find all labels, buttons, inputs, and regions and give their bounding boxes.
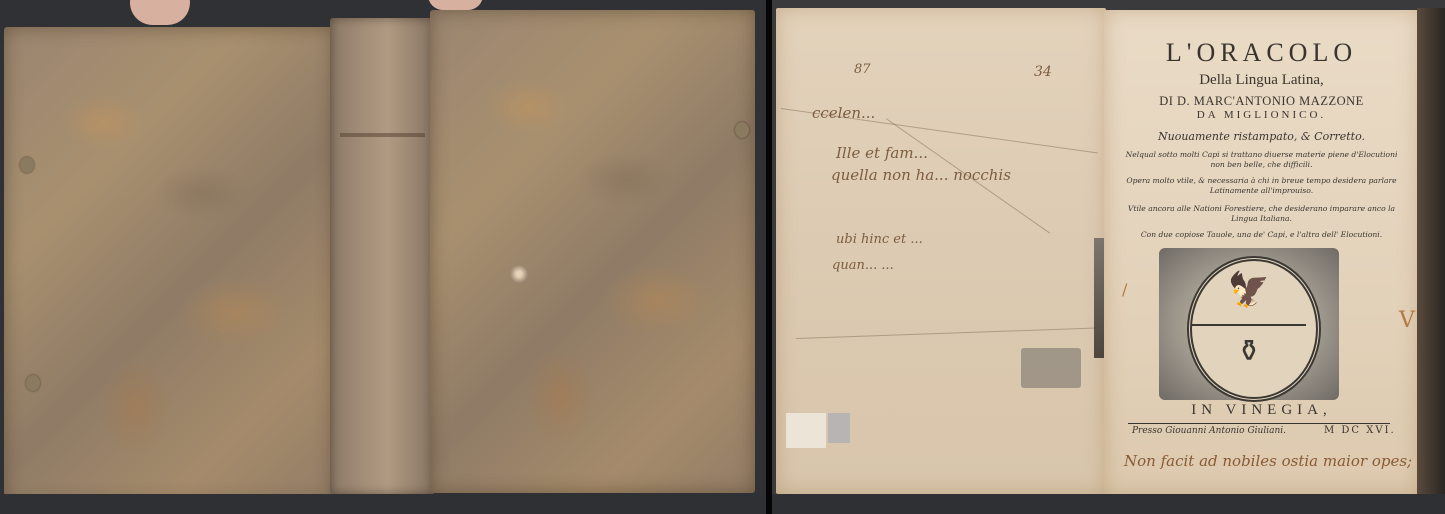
manuscript-motto: Non facit ad nobiles ostia maior opes; (1124, 452, 1412, 470)
book-subtitle: Della Lingua Latina, (1104, 72, 1419, 89)
margin-mark: V (1399, 308, 1415, 333)
manuscript-line: Ille et fam... (836, 144, 928, 162)
spine-band (340, 133, 425, 137)
paper-repair (786, 413, 826, 448)
imprint-rule (1128, 423, 1390, 424)
back-cover (4, 27, 334, 502)
tie-stub (20, 157, 34, 173)
vase-icon: ⚱ (1159, 334, 1339, 369)
hand-finger (428, 0, 483, 10)
title-page: L'ORACOLO Della Lingua Latina, DI D. MAR… (1104, 10, 1419, 495)
tie-stub (735, 122, 749, 138)
manuscript-line: quella non ha... nocchis (831, 166, 1011, 184)
page-edge-shadow (1417, 8, 1445, 498)
manuscript-line: ubi hinc et ... (836, 232, 923, 247)
background-strip (772, 494, 1445, 514)
printer-device-woodcut: 🦅 ⚱ (1159, 248, 1339, 400)
manuscript-number: 34 (1034, 64, 1052, 80)
description-paragraph: Nelqual sotto molti Capi si trattano diu… (1104, 150, 1419, 170)
front-cover (430, 10, 755, 493)
fold-crease (796, 328, 1096, 339)
description-paragraph: Con due copiose Tauole, una de' Capi, e … (1104, 230, 1419, 240)
manuscript-line: ccelen... (812, 104, 875, 122)
background-strip (0, 494, 768, 514)
paper-repair (828, 413, 850, 443)
tie-stub (26, 375, 40, 391)
margin-tick: / (1122, 280, 1127, 299)
edition-statement: Nuouamente ristampato, & Corretto. (1104, 130, 1419, 143)
manuscript-number: 87 (854, 62, 871, 77)
gutter-shadow (1094, 238, 1104, 358)
water-stain (1021, 348, 1081, 388)
manuscript-line: quan... ... (832, 258, 894, 273)
flyleaf: 87 34 ccelen... Ille et fam... quella no… (776, 8, 1106, 494)
eagle-icon: 🦅 (1159, 270, 1339, 310)
imprint-year: M DC XVI. (1324, 425, 1396, 436)
imprint-city: IN VINEGIA, (1104, 402, 1419, 419)
binding-photo (0, 0, 768, 514)
author-line: DI D. MARC'ANTONIO MAZZONE (1104, 94, 1419, 109)
hand-finger (130, 0, 190, 25)
spine (330, 18, 435, 494)
title-page-photo: 87 34 ccelen... Ille et fam... quella no… (772, 0, 1445, 514)
description-paragraph: Vtile ancora alle Nationi Forestiere, ch… (1104, 204, 1419, 224)
device-divider (1192, 324, 1306, 326)
author-origin: DA MIGLIONICO. (1104, 109, 1419, 121)
stain-spot (510, 265, 528, 283)
book-title: L'ORACOLO (1104, 38, 1419, 68)
printer-name: Presso Giouanni Antonio Giuliani. (1132, 426, 1286, 436)
description-paragraph: Opera molto vtile, & necessaria à chi in… (1104, 176, 1419, 196)
